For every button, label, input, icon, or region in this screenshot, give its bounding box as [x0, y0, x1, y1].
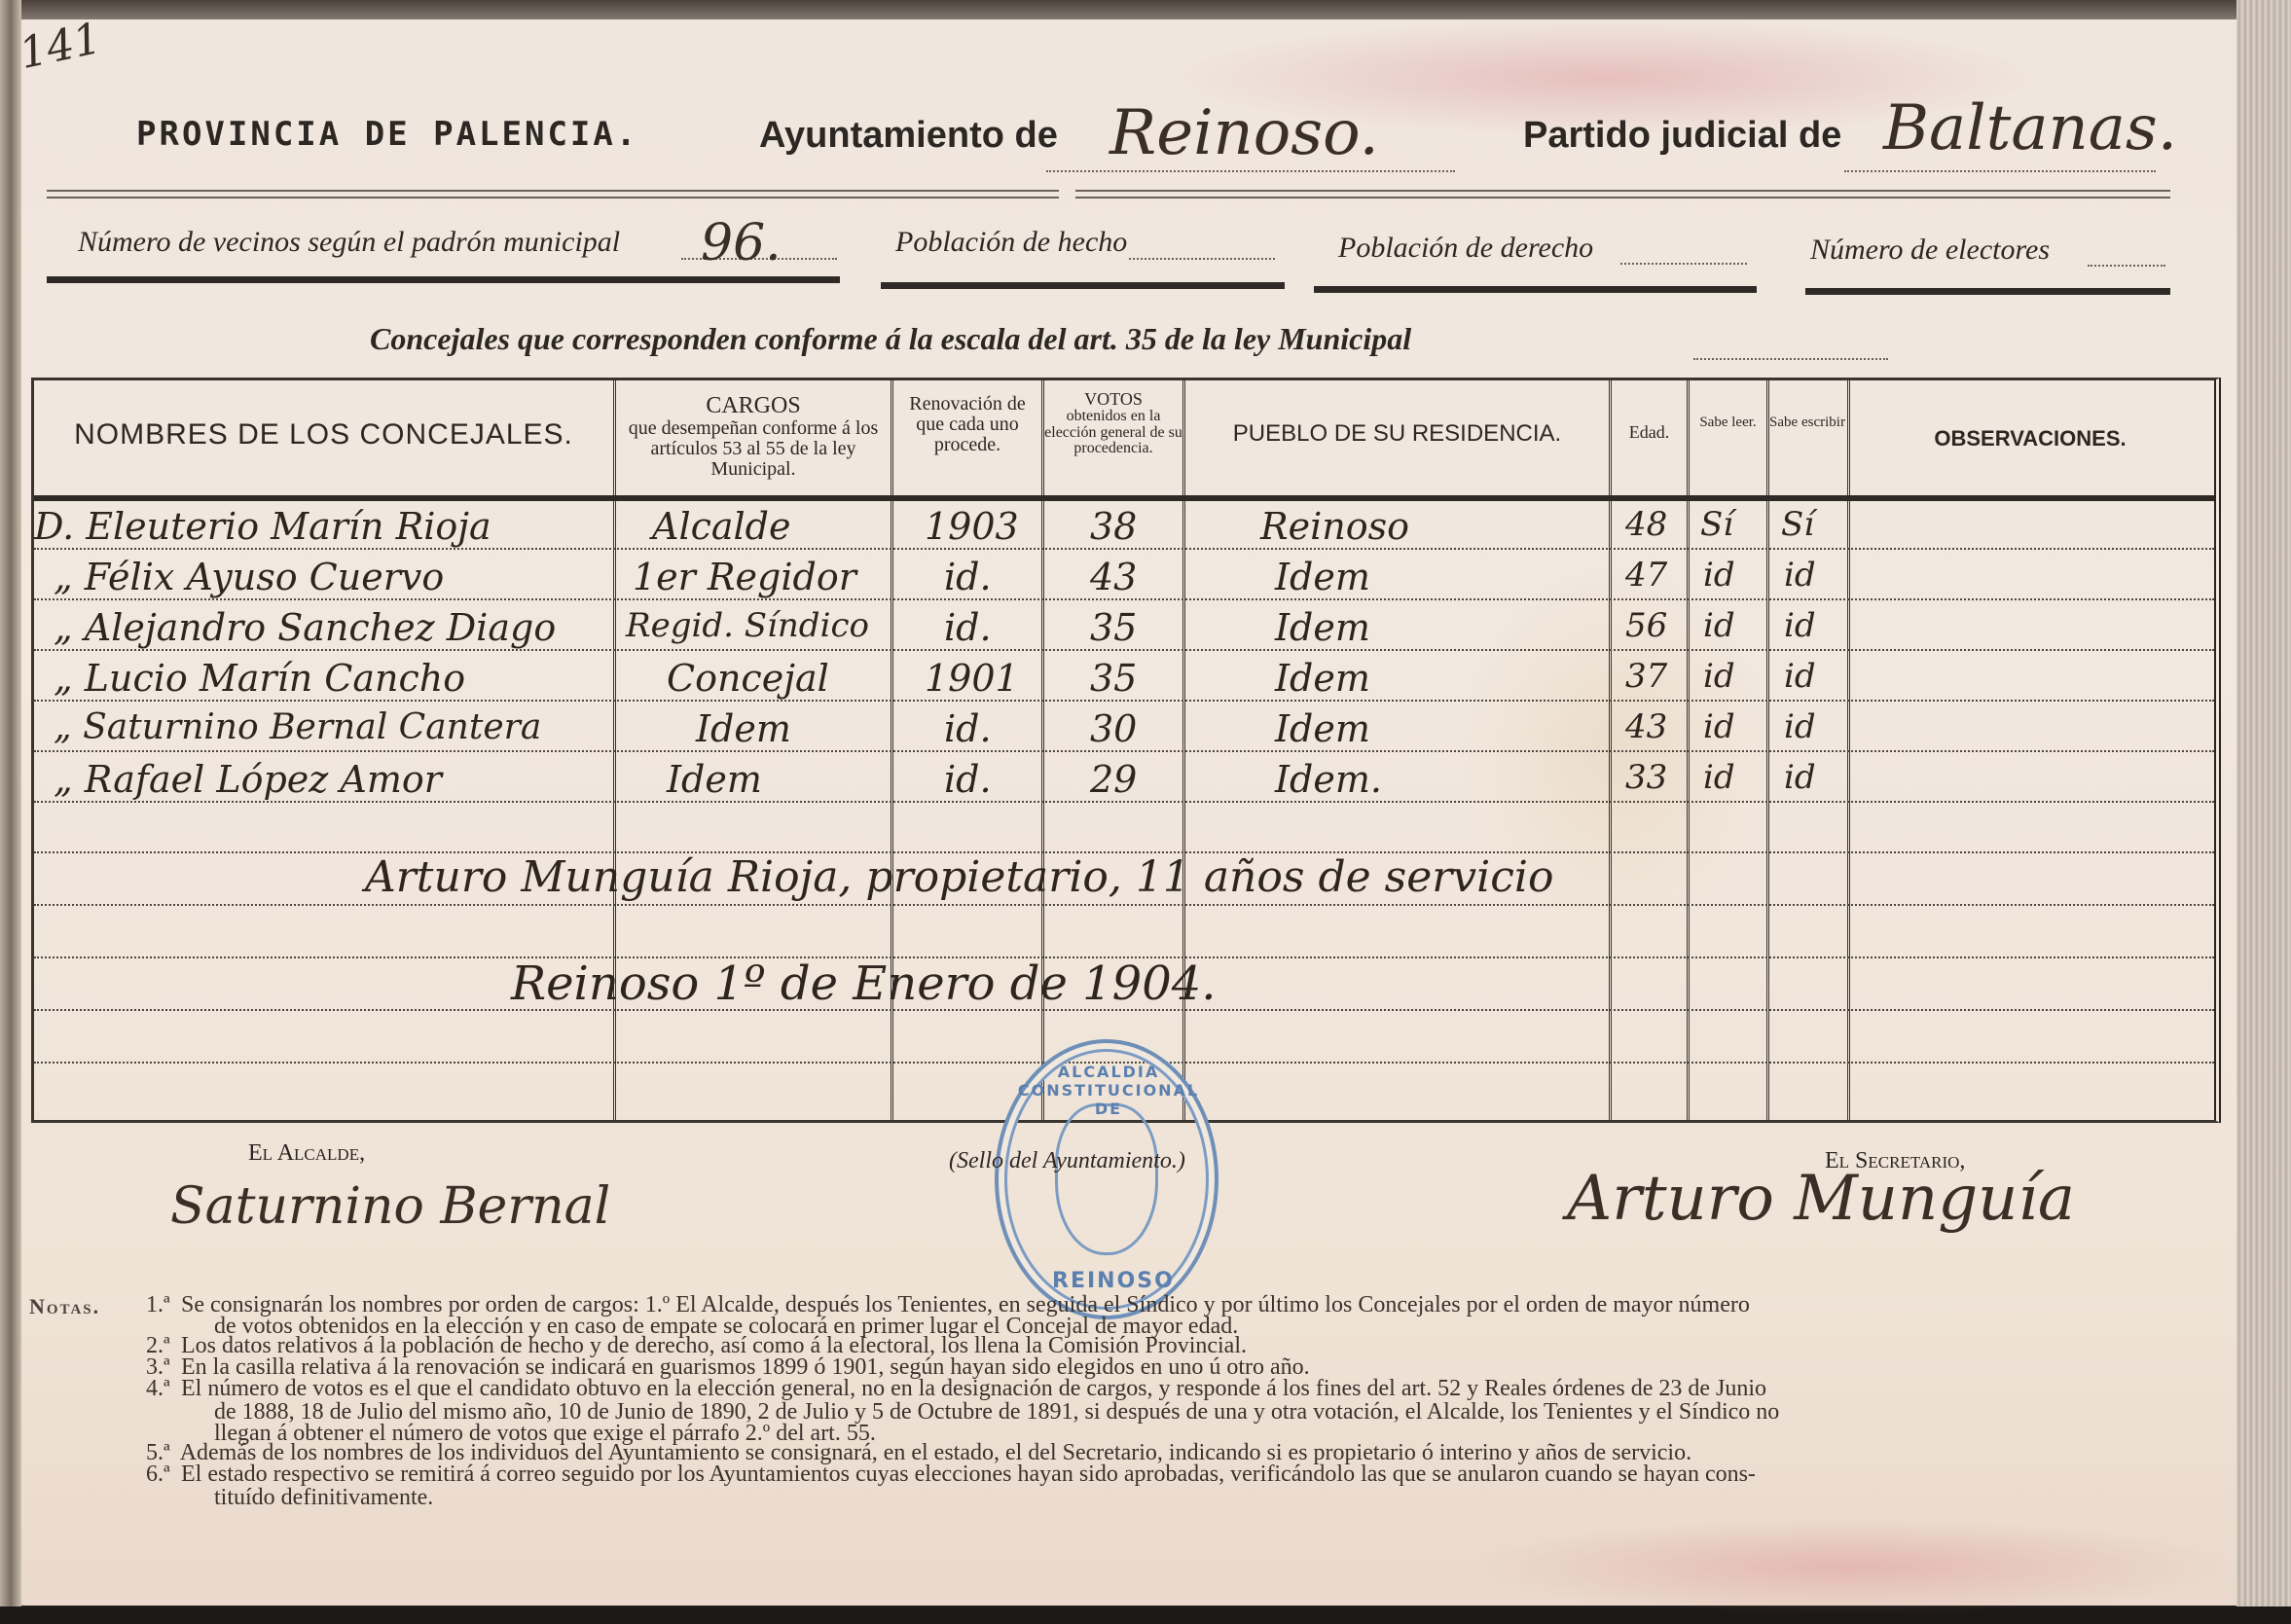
note-text: El número de votos es el que el candidat… — [181, 1376, 1766, 1401]
cell-nombre: „ Rafael López Amor — [54, 758, 442, 801]
cell-edad: 56 — [1625, 606, 1667, 645]
note-item: 6.ª El estado respectivo se remitirá á c… — [146, 1463, 1756, 1485]
seal-bottom-text: REINOSO — [1052, 1269, 1175, 1293]
header-votos-sub: obtenidos en la elección general de su p… — [1044, 409, 1182, 457]
vecinos-value: 96. — [701, 214, 782, 272]
seal-outer-text: ALCALDIA CONSTITUCIONAL DE — [1016, 1063, 1201, 1118]
cell-cargo: 1er Regidor — [633, 556, 856, 598]
note-item: 5.ª Además de los nombres de los individ… — [146, 1442, 1691, 1463]
cell-pueblo: Idem — [1275, 606, 1370, 649]
header-edad: Edad. — [1612, 423, 1687, 442]
concejales-field — [1693, 358, 1888, 360]
cell-escribir: id — [1784, 758, 1816, 797]
alcalde-signature: Saturnino Bernal — [170, 1177, 610, 1236]
cell-cargo: Concejal — [667, 657, 829, 700]
partido-dotted-line — [1844, 170, 2156, 172]
poblacion-derecho-label: Población de derecho — [1338, 232, 1593, 265]
cell-renovacion: id. — [944, 606, 992, 649]
cell-escribir: id — [1784, 556, 1816, 595]
sello-label: (Sello del Ayuntamiento.) — [949, 1148, 1185, 1174]
cell-renovacion: id. — [944, 707, 992, 750]
cell-leer: Sí — [1700, 505, 1733, 544]
cell-votos: 38 — [1090, 505, 1137, 548]
header-observaciones: OBSERVACIONES. — [1850, 427, 2210, 450]
note-number: 3.ª — [146, 1356, 175, 1378]
header-cargos-sub: que desempeñan conforme á los artículos … — [616, 418, 891, 480]
header-nombres: NOMBRES DE LOS CONCEJALES. — [34, 419, 613, 451]
note-item: 4.ª El número de votos es el que el cand… — [146, 1378, 1766, 1399]
coat-of-arms-icon — [1055, 1103, 1158, 1255]
cell-pueblo: Reinoso — [1260, 505, 1409, 548]
cell-renovacion: 1901 — [925, 657, 1019, 700]
cell-escribir: id — [1784, 606, 1816, 645]
header-sabe-leer: Sabe leer. — [1690, 415, 1766, 431]
cell-edad: 43 — [1625, 707, 1667, 746]
header-rule — [47, 190, 1059, 198]
cell-cargo: Idem — [667, 758, 762, 801]
concejales-label: Concejales que corresponden conforme á l… — [370, 321, 1411, 357]
census-rule — [47, 276, 840, 283]
note-number: 2.ª — [146, 1335, 175, 1356]
header-renovacion: Renovación de que cada uno procede. — [893, 394, 1041, 455]
vecinos-label: Número de vecinos según el padrón munici… — [78, 226, 620, 259]
cell-cargo: Alcalde — [652, 505, 791, 548]
cell-escribir: id — [1784, 707, 1816, 746]
date-line: Reinoso 1º de Enero de 1904. — [511, 956, 1217, 1011]
census-rule — [881, 282, 1285, 289]
header-votos: VOTOS obtenidos en la elección general d… — [1044, 390, 1182, 457]
book-spine — [0, 0, 21, 1624]
note-text: tituído definitivamente. — [214, 1485, 433, 1511]
cell-cargo: Regid. Síndico — [626, 606, 869, 645]
note-number: 5.ª — [146, 1442, 175, 1463]
row-line — [34, 750, 2214, 752]
row-line — [34, 700, 2214, 702]
header-cargos: CARGOS que desempeñan conforme á los art… — [616, 394, 891, 480]
cell-pueblo: Idem — [1275, 657, 1370, 700]
note-item: 3.ª En la casilla relativa á la renovaci… — [146, 1356, 1310, 1378]
cell-votos: 29 — [1090, 758, 1137, 801]
cell-votos: 30 — [1090, 707, 1137, 750]
book-bottom-edge — [0, 1606, 2291, 1624]
secretario-line: Arturo Munguía Rioja, propietario, 11 añ… — [365, 852, 1553, 902]
header-pueblo: PUEBLO DE SU RESIDENCIA. — [1185, 421, 1609, 446]
row-line — [34, 801, 2214, 803]
cell-leer: id — [1703, 556, 1735, 595]
cell-votos: 43 — [1090, 556, 1137, 598]
cell-nombre: „ Félix Ayuso Cuervo — [54, 556, 444, 598]
cell-votos: 35 — [1090, 606, 1137, 649]
ayuntamiento-value: Reinoso. — [1109, 97, 1379, 169]
book-right-edge — [2236, 0, 2291, 1624]
cell-leer: id — [1703, 707, 1735, 746]
secretario-signature: Arturo Munguía — [1567, 1163, 2075, 1235]
cell-votos: 35 — [1090, 657, 1137, 700]
cell-nombre: „ Alejandro Sanchez Diago — [54, 606, 556, 649]
poblacion-hecho-label: Población de hecho — [895, 226, 1127, 259]
cell-leer: id — [1703, 657, 1735, 696]
row-line — [34, 548, 2214, 550]
note-text: El estado respectivo se remitirá á corre… — [181, 1462, 1756, 1487]
note-number: 4.ª — [146, 1378, 175, 1399]
cell-renovacion: id. — [944, 758, 992, 801]
census-rule — [1314, 286, 1757, 293]
header-bottom-rule — [34, 495, 2214, 501]
electores-label: Número de electores — [1810, 234, 2050, 267]
cell-edad: 47 — [1625, 556, 1667, 595]
header-cargos-title: CARGOS — [616, 394, 891, 418]
cell-escribir: Sí — [1781, 505, 1814, 544]
cell-renovacion: id. — [944, 556, 992, 598]
ayuntamiento-dotted-line — [1046, 170, 1455, 172]
partido-value: Baltanas. — [1883, 92, 2177, 164]
partido-label: Partido judicial de — [1523, 115, 1841, 157]
poblacion-derecho-field — [1620, 263, 1747, 265]
notes-label: Notas. — [29, 1294, 100, 1319]
cell-pueblo: Idem. — [1275, 758, 1382, 801]
note-number: 6.ª — [146, 1463, 175, 1485]
cell-leer: id — [1703, 758, 1735, 797]
ayuntamiento-label: Ayuntamiento de — [759, 115, 1058, 157]
note-item: 2.ª Los datos relativos á la población d… — [146, 1335, 1247, 1356]
cell-leer: id — [1703, 606, 1735, 645]
cell-escribir: id — [1784, 657, 1816, 696]
cell-edad: 48 — [1625, 505, 1667, 544]
cell-renovacion: 1903 — [925, 505, 1019, 548]
cell-edad: 37 — [1625, 657, 1667, 696]
cell-nombre: „ Lucio Marín Cancho — [54, 657, 465, 700]
header-sabe-escribir: Sabe escribir — [1769, 415, 1845, 431]
alcalde-label: El Alcalde, — [248, 1140, 365, 1167]
cell-nombre: „ Saturnino Bernal Cantera — [54, 707, 541, 747]
cell-nombre: D. Eleuterio Marín Rioja — [34, 505, 491, 548]
header-votos-title: VOTOS — [1044, 390, 1182, 409]
cell-pueblo: Idem — [1275, 556, 1370, 598]
row-line — [34, 598, 2214, 600]
note-item: 1.ª Se consignarán los nombres por orden… — [146, 1294, 1750, 1316]
cell-cargo: Idem — [696, 707, 791, 750]
cell-edad: 33 — [1625, 758, 1667, 797]
municipal-seal: ALCALDIA CONSTITUCIONAL DE REINOSO — [995, 1039, 1218, 1319]
row-line — [34, 649, 2214, 651]
concejales-table: NOMBRES DE LOS CONCEJALES. CARGOS que de… — [31, 378, 2221, 1123]
header-rule — [1075, 190, 2170, 198]
provincia-title: PROVINCIA DE PALENCIA. — [136, 115, 638, 154]
electores-field — [2088, 265, 2165, 267]
cell-pueblo: Idem — [1275, 707, 1370, 750]
poblacion-hecho-field — [1129, 258, 1275, 260]
census-rule — [1805, 288, 2170, 295]
note-number: 1.ª — [146, 1294, 175, 1316]
row-line — [34, 904, 2214, 906]
